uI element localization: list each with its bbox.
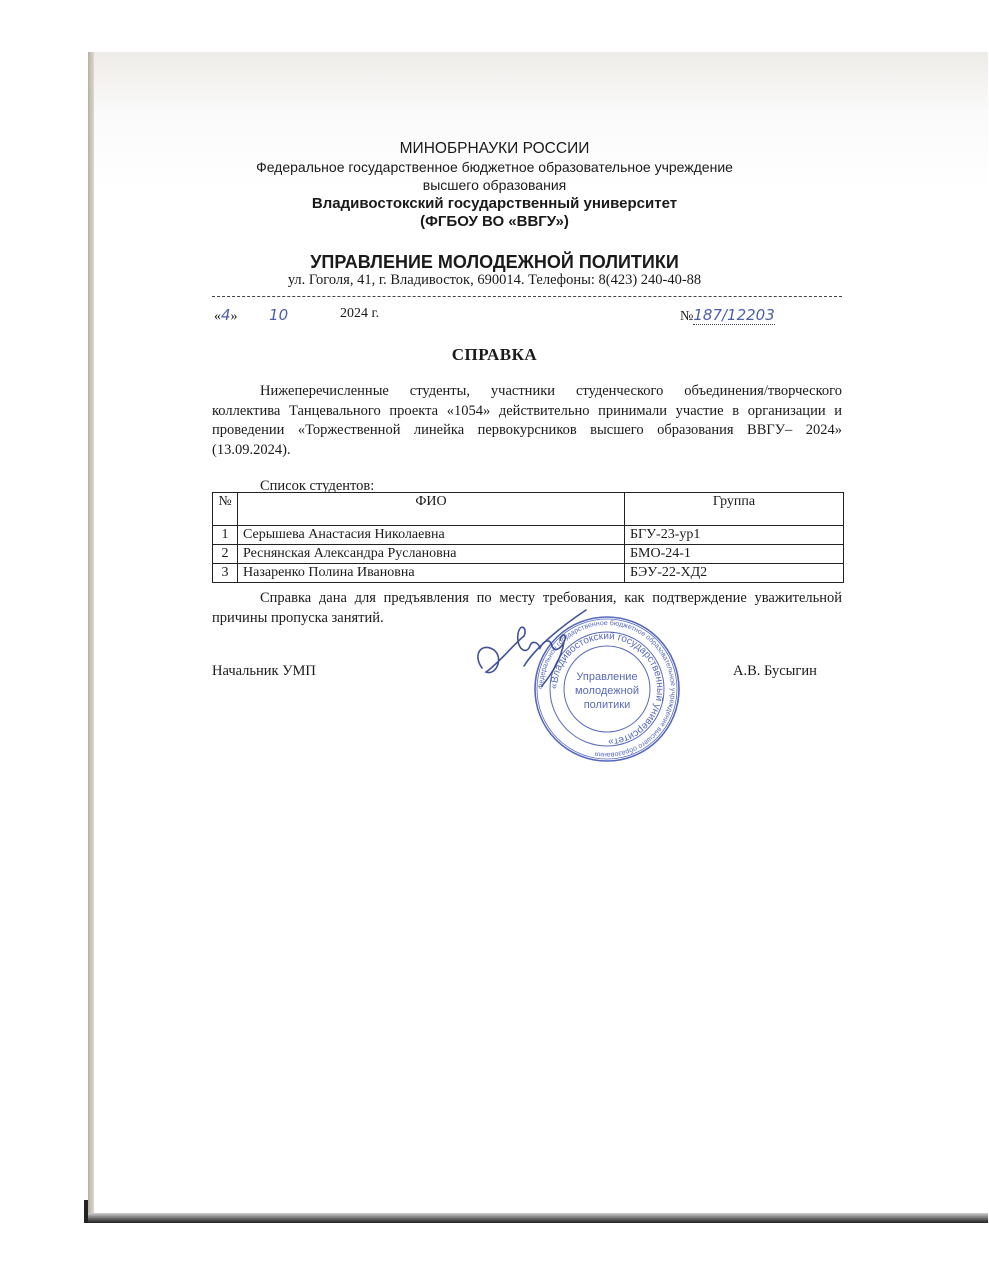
date-year: 2024 г. — [340, 306, 379, 322]
department-address: ул. Гоголя, 41, г. Владивосток, 690014. … — [0, 272, 989, 289]
document-number: №187/12203 — [680, 306, 775, 325]
header-divider — [212, 296, 842, 297]
table-row: 2 Реснянская Александра Руслановна БМО-2… — [213, 545, 844, 564]
department-name: УПРАВЛЕНИЕ МОЛОДЕЖНОЙ ПОЛИТИКИ — [0, 252, 989, 273]
row-fio: Назаренко Полина Ивановна — [238, 564, 625, 583]
table-header-row: № ФИО Группа — [213, 493, 844, 526]
table-row: 1 Серышева Анастасия Николаевна БГУ-23-у… — [213, 526, 844, 545]
row-number: 1 — [213, 526, 238, 545]
date-day: 4 — [221, 306, 231, 324]
row-number: 2 — [213, 545, 238, 564]
date-field: «4» 10 — [214, 306, 288, 325]
row-fio: Серышева Анастасия Николаевна — [238, 526, 625, 545]
institution-type: Федеральное государственное бюджетное об… — [0, 159, 989, 175]
number-label: № — [680, 309, 693, 324]
row-group: БЭУ-22-ХД2 — [625, 564, 844, 583]
ministry-name: МИНОБРНАУКИ РОССИИ — [0, 140, 989, 158]
date-month: 10 — [269, 306, 288, 324]
column-header-number: № — [213, 493, 238, 526]
table-row: 3 Назаренко Полина Ивановна БЭУ-22-ХД2 — [213, 564, 844, 583]
students-table: № ФИО Группа 1 Серышева Анастасия Никола… — [212, 492, 844, 583]
document-title: СПРАВКА — [0, 345, 989, 365]
row-fio: Реснянская Александра Руслановна — [238, 545, 625, 564]
education-level: высшего образования — [0, 177, 989, 193]
body-paragraph-1: Нижеперечисленные студенты, участники ст… — [212, 382, 842, 460]
signatory-name: А.В. Бусыгин — [733, 663, 817, 680]
signatory-position: Начальник УМП — [212, 663, 316, 680]
row-group: БГУ-23-ур1 — [625, 526, 844, 545]
handwritten-signature-icon — [468, 606, 598, 696]
row-number: 3 — [213, 564, 238, 583]
row-group: БМО-24-1 — [625, 545, 844, 564]
number-value: 187/12203 — [693, 306, 774, 325]
date-close-quote: » — [231, 309, 238, 324]
paper-corner — [84, 1200, 88, 1223]
university-name: Владивостокский государственный универси… — [0, 195, 989, 212]
university-abbreviation: (ФГБОУ ВО «ВВГУ») — [0, 213, 989, 230]
column-header-group: Группа — [625, 493, 844, 526]
column-header-fio: ФИО — [238, 493, 625, 526]
svg-text:политики: политики — [584, 699, 631, 711]
paper-edge-bottom — [88, 1213, 988, 1223]
date-open-quote: « — [214, 309, 221, 324]
